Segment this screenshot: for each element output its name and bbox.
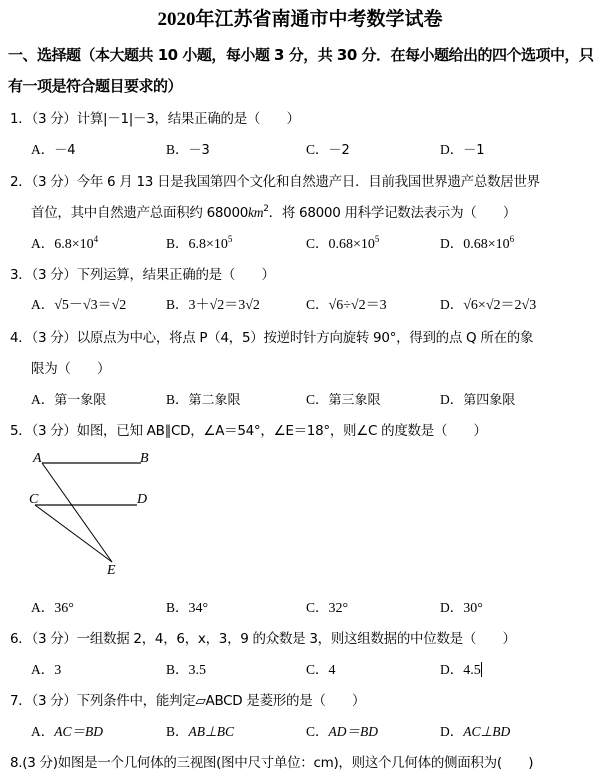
question-score: （3 分） <box>32 693 77 709</box>
point-label-b: B <box>140 451 149 467</box>
segment-ae <box>42 463 112 562</box>
q5-parallel-lines-figure <box>0 0 600 773</box>
text-cursor <box>481 662 483 677</box>
q6-option-b: B．3.5 <box>166 658 206 679</box>
question-number: 6 <box>10 631 18 647</box>
question-number: 7 <box>10 693 18 709</box>
q5-option-b: B．34° <box>166 596 208 617</box>
point-label-c: C <box>29 492 38 508</box>
point-label-e: E <box>107 563 116 579</box>
question-text: 下列条件中，能判定▱ABCD 是菱形的是（ ） <box>77 693 366 709</box>
q6-option-a: A．3 <box>31 658 61 679</box>
point-label-d: D <box>137 492 147 508</box>
question-7-stem: 7．（3 分）下列条件中，能判定▱ABCD 是菱形的是（ ） <box>10 689 365 709</box>
question-number: 8 <box>10 755 18 771</box>
q6-option-c: C．4 <box>306 658 336 679</box>
q5-option-d: D．30° <box>440 596 483 617</box>
question-6-stem: 6．（3 分）一组数据 2，4，6，x，3，9 的众数是 3，则这组数据的中位数… <box>10 627 516 647</box>
q7-option-b: B．AB⊥BC <box>166 720 234 740</box>
q5-option-a: A．36° <box>31 596 74 617</box>
question-score: （3 分） <box>32 631 77 647</box>
point-label-a: A <box>33 451 42 467</box>
q7-option-a: A．AC＝BD <box>31 720 103 740</box>
question-8-stem: 8.(3 分)如图是一个几何体的三视图(图中尺寸单位：cm)，则这个几何体的侧面… <box>10 751 533 771</box>
q7-option-d: D．AC⊥BD <box>440 720 510 740</box>
question-score: (3 分) <box>22 755 57 771</box>
question-text: 如图是一个几何体的三视图(图中尺寸单位：cm)，则这个几何体的侧面积为( ) <box>58 755 533 771</box>
q5-option-c: C．32° <box>306 596 348 617</box>
q7-option-c: C．AD＝BD <box>306 720 378 740</box>
question-text: 一组数据 2，4，6，x，3，9 的众数是 3，则这组数据的中位数是（ ） <box>77 631 516 647</box>
q6-option-d: D．4.5 <box>440 658 482 679</box>
segment-ce <box>35 505 112 562</box>
